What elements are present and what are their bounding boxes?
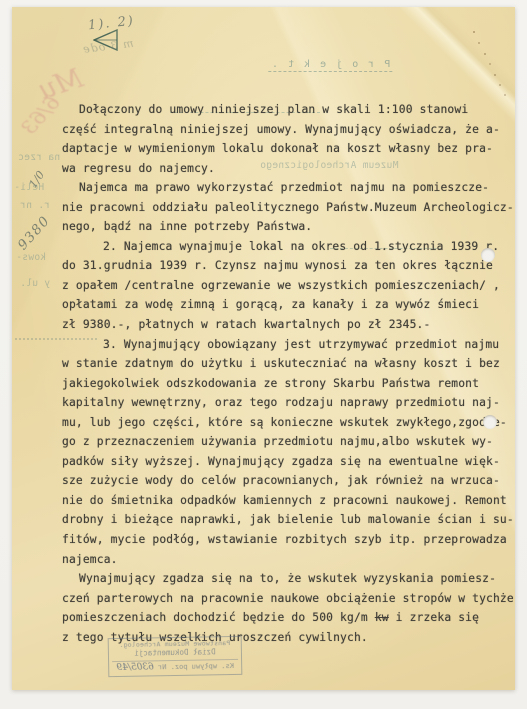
punch-hole [481, 248, 495, 262]
typed-line: najemca. [62, 550, 504, 570]
typed-line: w stanie zdatnym do użytku i uskutecznia… [62, 354, 504, 374]
pencil-note-bleedthrough: m 3 ode [81, 37, 134, 56]
typed-line: sze zużycie wody do celów pracownianych,… [62, 471, 504, 491]
typed-line-part: pomieszczeniach dochodzić będzie do 500 … [62, 611, 375, 624]
typed-line: z opałem /centralne ogrzewanie we wszyst… [62, 276, 504, 296]
title-bleedthrough: P r o j e k t . [250, 59, 410, 72]
typed-line: część integralną niniejszej umowy. Wynaj… [62, 120, 504, 140]
punch-hole [483, 415, 497, 429]
typed-line: nie pracowni oddziału paleolitycznego Pa… [62, 198, 504, 218]
typed-line: jakiegokolwiek odszkodowania ze strony S… [62, 374, 504, 394]
typed-line: mu, lub jego części, które są konieczne … [62, 413, 504, 433]
typed-line: zł 9380.-, płatnych w ratach kwartalnych… [62, 315, 504, 335]
typed-line: go z przeznaczeniem używania przedmiotu … [62, 432, 504, 452]
stamp-line: Ks. wpływu poz. Nr 6305/49 [112, 659, 238, 674]
bleedthrough-fragment: r. nr [20, 200, 50, 211]
stamp-number: 6305/49 [116, 662, 154, 673]
scan-background: 1). 2) m 3 ode 1/0 9380 Mu 6/63 P r o j … [0, 0, 527, 709]
bleedthrough-fragment: y ul. [20, 278, 50, 289]
typed-line: Dołączony do umowy niniejszej plan w ska… [62, 100, 504, 120]
archive-stamp-bleedthrough: Państwowe Muzeum Archeolog. Dział Dokume… [108, 636, 243, 677]
typed-line: do 31.grudnia 1939 r. Czynsz najmu wynos… [62, 256, 504, 276]
typed-line: daptacje w wymienionym lokalu dokonał na… [62, 139, 504, 159]
bleedthrough-fragment: Heli- [14, 182, 44, 193]
typed-line: pomieszczeniach dochodzić będzie do 500 … [62, 608, 504, 628]
bleedthrough-fragment: na rzec [18, 152, 60, 163]
struck-text: kw [375, 611, 389, 624]
handwritten-corner-numbers: 1). 2) [87, 14, 135, 34]
typed-line: 3. Wynajmujący obowiązany jest utrzymywa… [62, 335, 504, 355]
title-bleedthrough-text: P r o j e k t . [268, 59, 392, 72]
typed-line: Wynajmujący zgadza się na to, że wskutek… [62, 569, 504, 589]
typed-line-part: i zrzeka się [389, 611, 479, 624]
typed-body: Dołączony do umowy niniejszej plan w ska… [62, 100, 504, 647]
typed-line: opłatami za wodę zimną i gorącą, za kana… [62, 295, 504, 315]
staple-holes [473, 31, 475, 33]
bleedthrough-fragment: kows- [16, 252, 46, 263]
typed-line: nego, bądź na inne potrzeby Państwa. [62, 217, 504, 237]
margin-note-amount: 9380 [15, 213, 54, 254]
typed-line: nie do śmietnika odpadków kamiennych z p… [62, 491, 504, 511]
document-page: 1). 2) m 3 ode 1/0 9380 Mu 6/63 P r o j … [12, 7, 515, 690]
typed-line: kapitalny wewnętrzny, oraz tego rodzaju … [62, 393, 504, 413]
typed-line: Najemca ma prawo wykorzystać przedmiot n… [62, 178, 504, 198]
typed-line: 2. Najemca wynajmuje lokal na okres od 1… [62, 237, 504, 257]
stamp-line-label: Ks. wpływu poz. Nr [158, 662, 234, 671]
typed-line: padków siły wyższej. Wynajmujący zgadza … [62, 452, 504, 472]
typed-line: fitów, mycie podłóg, wstawianie rozbityc… [62, 530, 504, 550]
typed-line: czeń parterowych na pracownie naukowe ob… [62, 589, 504, 609]
typed-line: drobny i bieżące naprawki, jak bielenie … [62, 510, 504, 530]
typed-line: wa regresu do najemcy. [62, 159, 504, 179]
